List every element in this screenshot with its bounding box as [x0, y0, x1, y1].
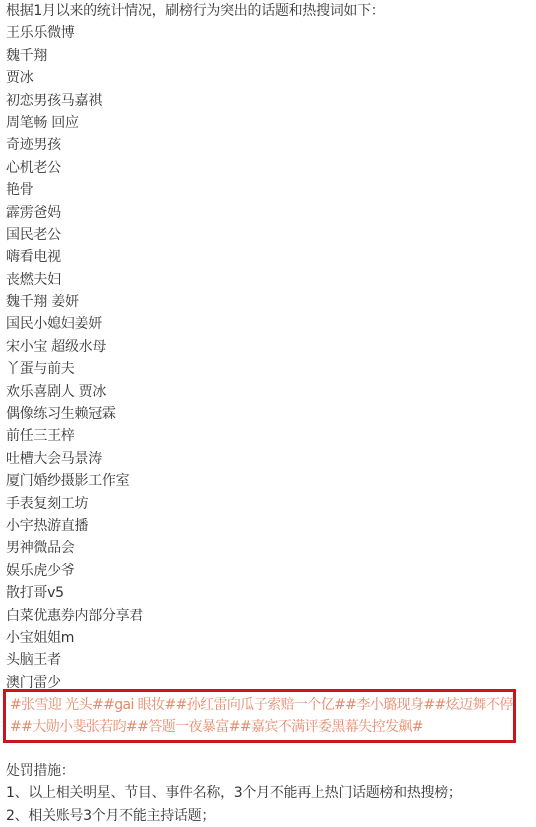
keyword-item: 丫蛋与前夫: [6, 358, 532, 380]
keyword-item: 手表复刻工坊: [6, 493, 532, 515]
keyword-item: 心机老公: [6, 157, 532, 179]
keyword-item: 厦门婚纱摄影工作室: [6, 470, 532, 492]
keyword-item: 前任三王梓: [6, 425, 532, 447]
keyword-item: 小宇热游直播: [6, 515, 532, 537]
keyword-item: 魏千翔 姜妍: [6, 291, 532, 313]
keyword-item: 丧燃夫妇: [6, 269, 532, 291]
keyword-item: 头脑王者: [6, 649, 532, 671]
keyword-item: 宋小宝 超级水母: [6, 336, 532, 358]
hashtag-line-1[interactable]: #张雪迎 光头##gai 眼妆##孙红雷向瓜子索赔一个亿##李小璐现身##炫迈舞…: [10, 694, 513, 716]
intro-text: 根据1月以来的统计情况，刷榜行为突出的话题和热搜词如下：: [6, 0, 532, 22]
keyword-item: 小宝姐姐m: [6, 627, 532, 649]
keyword-item: 周笔畅 回应: [6, 112, 532, 134]
keyword-item: 奇迹男孩: [6, 134, 532, 156]
keyword-item: 霹雳爸妈: [6, 202, 532, 224]
keyword-item: 魏千翔: [6, 45, 532, 67]
keyword-item: 嗨看电视: [6, 246, 532, 268]
keyword-item: 男神微品会: [6, 537, 532, 559]
penalty-section: 处罚措施： 1、以上相关明星、节目、事件名称，3个月不能再上热门话题榜和热搜榜；…: [6, 760, 462, 827]
article-body: 根据1月以来的统计情况，刷榜行为突出的话题和热搜词如下： 王乐乐微博 魏千翔 贾…: [6, 0, 532, 694]
keyword-item: 艳骨: [6, 179, 532, 201]
penalty-title: 处罚措施：: [6, 760, 462, 782]
keyword-item: 初恋男孩马嘉祺: [6, 90, 532, 112]
keyword-item: 吐槽大会马景涛: [6, 448, 532, 470]
keyword-item: 国民小媳妇姜妍: [6, 313, 532, 335]
penalty-item: 2、相关账号3个月不能主持话题；: [6, 805, 462, 827]
keyword-item: 娱乐虎少爷: [6, 560, 532, 582]
keyword-item: 王乐乐微博: [6, 22, 532, 44]
penalty-item: 1、以上相关明星、节目、事件名称，3个月不能再上热门话题榜和热搜榜；: [6, 782, 462, 804]
keyword-item: 偶像练习生赖冠霖: [6, 403, 532, 425]
keyword-item: 国民老公: [6, 224, 532, 246]
hashtag-line-2[interactable]: ##大勋小斐张若昀##答题一夜暴富##嘉宾不满评委黑幕失控发飙#: [10, 716, 423, 738]
keyword-list: 王乐乐微博 魏千翔 贾冰 初恋男孩马嘉祺 周笔畅 回应 奇迹男孩 心机老公 艳骨…: [6, 22, 532, 694]
keyword-item: 贾冰: [6, 67, 532, 89]
keyword-item: 欢乐喜剧人 贾冰: [6, 381, 532, 403]
hashtag-highlight-box: #张雪迎 光头##gai 眼妆##孙红雷向瓜子索赔一个亿##李小璐现身##炫迈舞…: [3, 689, 516, 743]
keyword-item: 白菜优惠券内部分享君: [6, 605, 532, 627]
keyword-item: 散打哥v5: [6, 582, 532, 604]
